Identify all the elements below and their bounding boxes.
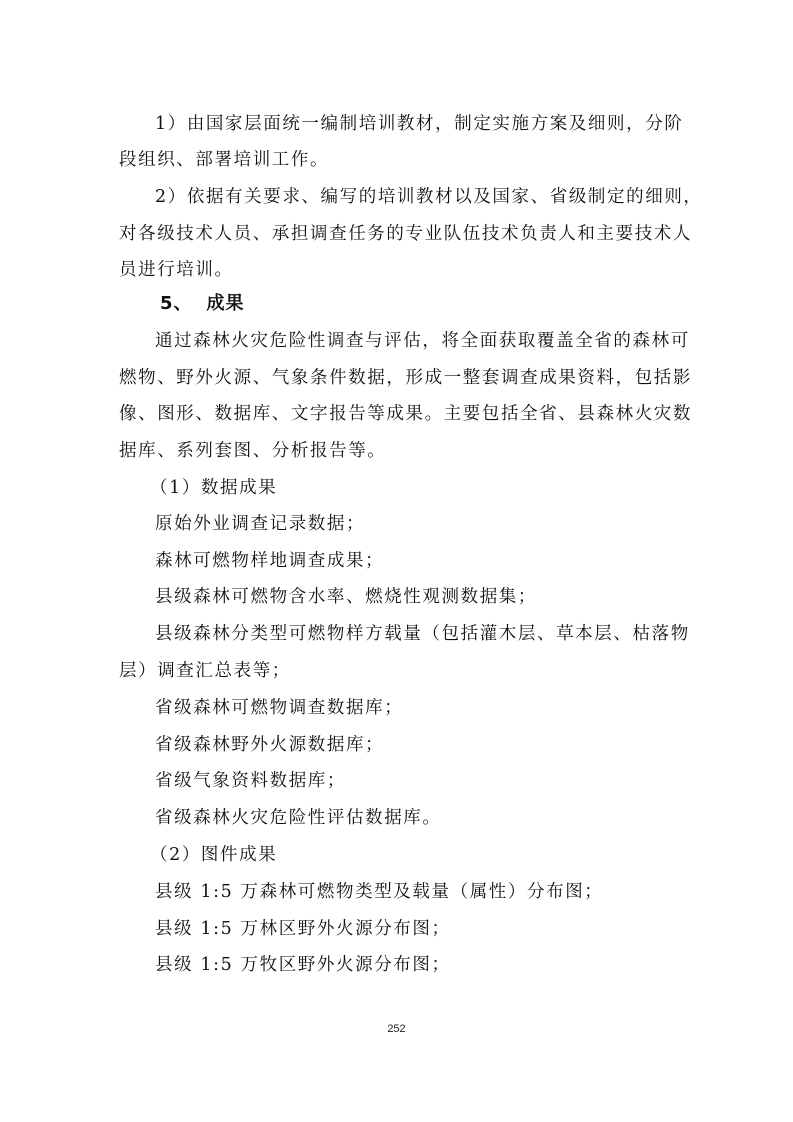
data-results-item: 县级森林分类型可燃物样方载量（包括灌木层、草本层、枯落物 <box>155 622 715 646</box>
section-heading: 5、成果 <box>160 292 245 316</box>
map-results-item: 县级 1:5 万森林可燃物类型及载量（属性）分布图； <box>155 880 715 904</box>
data-results-item-continuation: 层）调查汇总表等； <box>119 659 679 683</box>
paragraph-2-line-1: 2）依据有关要求、编写的培训教材以及国家、省级制定的细则， <box>155 185 715 209</box>
intro-line-4: 据库、系列套图、分析报告等。 <box>119 439 679 463</box>
map-results-heading: （2）图件成果 <box>150 843 710 867</box>
paragraph-2-line-3: 员进行培训。 <box>119 258 679 282</box>
data-results-item: 省级森林可燃物调查数据库； <box>155 696 715 720</box>
data-results-item: 森林可燃物样地调查成果； <box>155 549 715 573</box>
section-number: 5、 <box>160 293 193 314</box>
data-results-item: 省级气象资料数据库； <box>155 769 715 793</box>
intro-line-2: 燃物、野外火源、气象条件数据，形成一整套调查成果资料，包括影 <box>119 366 679 390</box>
data-results-item: 省级森林野外火源数据库； <box>155 733 715 757</box>
data-results-item: 原始外业调查记录数据； <box>155 512 715 536</box>
paragraph-2-line-2: 对各级技术人员、承担调查任务的专业队伍技术负责人和主要技术人 <box>119 222 679 246</box>
page-number: 252 <box>0 1023 793 1035</box>
data-results-item: 县级森林可燃物含水率、燃烧性观测数据集； <box>155 585 715 609</box>
document-page: 1）由国家层面统一编制培训教材，制定实施方案及细则，分阶 段组织、部署培训工作。… <box>0 0 793 1122</box>
paragraph-1-line-2: 段组织、部署培训工作。 <box>119 148 679 172</box>
intro-line-3: 像、图形、数据库、文字报告等成果。主要包括全省、县森林火灾数 <box>119 402 679 426</box>
data-results-item: 省级森林火灾危险性评估数据库。 <box>155 806 715 830</box>
section-title: 成果 <box>207 293 245 314</box>
data-results-heading: （1）数据成果 <box>150 476 710 500</box>
intro-line-1: 通过森林火灾危险性调查与评估，将全面获取覆盖全省的森林可 <box>155 329 715 353</box>
map-results-item: 县级 1:5 万林区野外火源分布图； <box>155 917 715 941</box>
map-results-item: 县级 1:5 万牧区野外火源分布图； <box>155 953 715 977</box>
paragraph-1-line-1: 1）由国家层面统一编制培训教材，制定实施方案及细则，分阶 <box>155 112 715 136</box>
